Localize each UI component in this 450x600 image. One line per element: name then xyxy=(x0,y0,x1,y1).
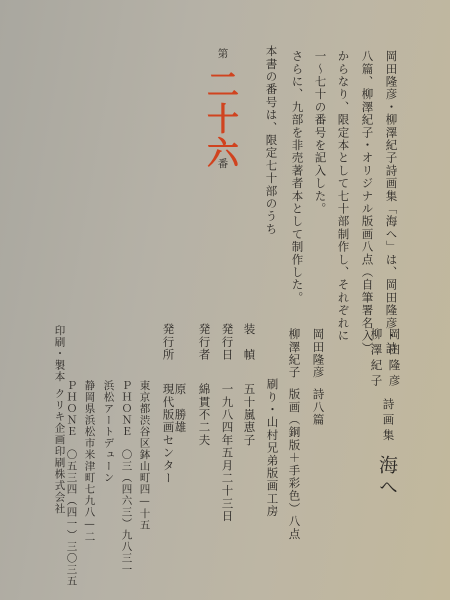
statement-line-2: 八篇、柳澤紀子・オリジナル版画八点（自筆署名入） xyxy=(361,50,373,355)
poems-value: 詩八篇 xyxy=(312,388,324,426)
sales-address: 静岡県浜松市米津町七九八—二 xyxy=(84,380,95,543)
printing-credit: 刷り・山村兄弟版画工房 xyxy=(266,378,278,518)
publisher-house-label: 発行所 xyxy=(162,323,174,361)
publisher-house-value: 現代版画センター xyxy=(162,383,174,485)
printer-value: クリキ企画印刷株式会社 xyxy=(54,388,65,515)
binding-label: 装 幀 xyxy=(243,323,255,361)
statement-line-1: 岡田隆彦・柳澤紀子詩画集「海へ」は、岡田隆彦・詩 xyxy=(385,50,397,355)
statement-line-5: さらに、九部を非売著者本として制作した。 xyxy=(291,50,303,304)
edition-number: 二十六 xyxy=(205,68,237,170)
title-author-1: 岡田隆彦 xyxy=(388,328,400,390)
title-subtitle: 詩画集 xyxy=(382,398,394,445)
binding-value: 五十嵐恵子 xyxy=(243,383,255,447)
date-value: 一九八四年五月二十三日 xyxy=(221,383,233,523)
sales-phone: ＰＨＯＮＥ 〇五三四（四一）三〇三五 xyxy=(66,380,77,587)
prints-value: 版画（銅版＋手彩色）八点 xyxy=(288,388,300,540)
date-label: 発行日 xyxy=(221,323,233,361)
publisher-person-value: 綿貫不二夫 xyxy=(198,383,210,447)
number-note: 本書の番号は、限定七十部のうち xyxy=(265,45,277,236)
publisher-address: 東京都渋谷区鉢山町四—十五 xyxy=(139,380,150,531)
title-author-2: 柳澤紀子 xyxy=(370,328,382,390)
edition-suffix: 番 xyxy=(217,158,228,170)
printer-label: 印刷・製本 xyxy=(54,325,65,383)
prints-name: 柳澤紀子 xyxy=(288,328,300,379)
statement-line-4: 一〜七十の番号を記入した。 xyxy=(314,50,326,215)
statement-line-3: からなり、限定本として七十部制作し、それぞれに xyxy=(337,50,349,342)
book-title: 海へ xyxy=(377,455,396,499)
publisher-person-label: 発行者 xyxy=(198,323,210,361)
poems-name: 岡田隆彦 xyxy=(312,328,324,379)
edition-prefix: 第 xyxy=(217,48,228,60)
publisher-phone: ＰＨＯＮＥ 〇三（四六三）九八三一 xyxy=(121,380,132,576)
editor-person: 原 勝雄 xyxy=(174,383,186,434)
sales-name: 浜松アートデューン xyxy=(103,380,114,484)
